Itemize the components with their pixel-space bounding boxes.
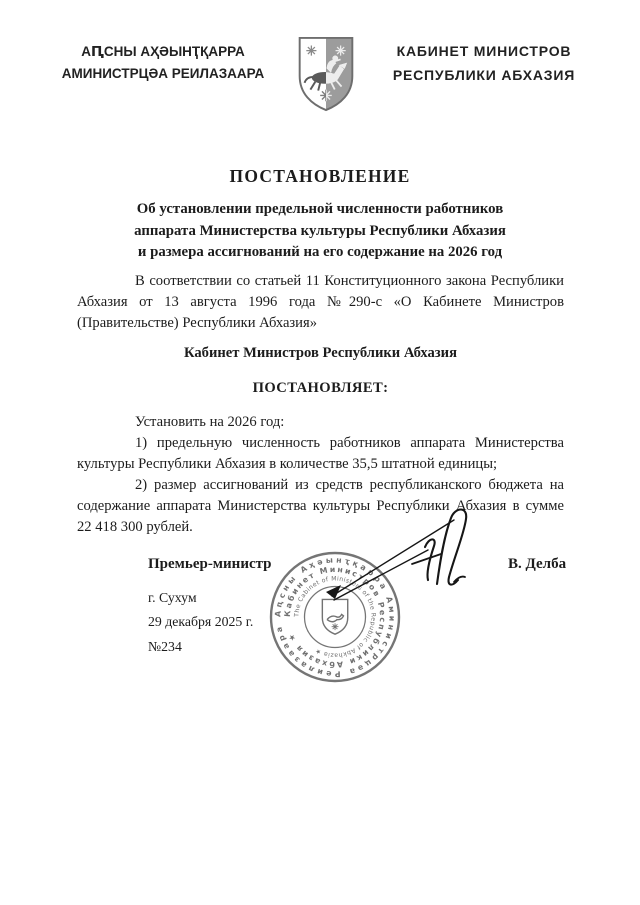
- org-name-russian: КАБИНЕТ МИНИСТРОВ РЕСПУБЛИКИ АБХАЗИЯ: [370, 33, 598, 87]
- resolve-intro: Установить на 2026 год:: [77, 412, 564, 433]
- org-name-russian-line2: РЕСПУБЛИКИ АБХАЗИЯ: [370, 63, 598, 87]
- document-subject: Об установлении предельной численности р…: [0, 199, 640, 264]
- org-name-abkhazian-line2: АМИНИСТРЦӘА РЕИЛАЗААРА: [42, 63, 284, 85]
- subject-line-3: и размера ассигнований на его содержание…: [0, 242, 640, 264]
- subject-line-2: аппарата Министерства культуры Республик…: [0, 221, 640, 243]
- resolution-word: ПОСТАНОВЛЯЕТ:: [77, 378, 564, 399]
- signer-name: В. Делба: [508, 556, 566, 573]
- authority-line: Кабинет Министров Республики Абхазия: [77, 343, 564, 364]
- coat-of-arms-icon: [294, 35, 358, 118]
- issue-place: г. Сухум: [148, 590, 197, 606]
- org-name-russian-line1: КАБИНЕТ МИНИСТРОВ: [370, 39, 598, 63]
- signer-role: Премьер-министр: [148, 556, 272, 573]
- decree-item-1: 1) предельную численность работников апп…: [77, 433, 564, 475]
- preamble-paragraph: В соответствии со статьей 11 Конституцио…: [77, 271, 564, 334]
- document-body: В соответствии со статьей 11 Конституцио…: [0, 271, 640, 538]
- org-name-abkhazian-line1: АԤСНЫ АҲӘЫНҬҚАРРА: [42, 41, 284, 63]
- issue-date: 29 декабря 2025 г.: [148, 614, 253, 630]
- document-letterhead: АԤСНЫ АҲӘЫНҬҚАРРА АМИНИСТРЦӘА РЕИЛАЗААРА: [42, 33, 598, 118]
- document-number: №234: [148, 639, 182, 655]
- subject-line-1: Об установлении предельной численности р…: [0, 199, 640, 221]
- org-name-abkhazian: АԤСНЫ АҲӘЫНҬҚАРРА АМИНИСТРЦӘА РЕИЛАЗААРА: [42, 33, 284, 85]
- signature-scribble: [288, 500, 468, 628]
- document-title: ПОСТАНОВЛЕНИЕ: [0, 165, 640, 187]
- document-page: АԤСНЫ АҲӘЫНҬҚАРРА АМИНИСТРЦӘА РЕИЛАЗААРА: [0, 0, 640, 905]
